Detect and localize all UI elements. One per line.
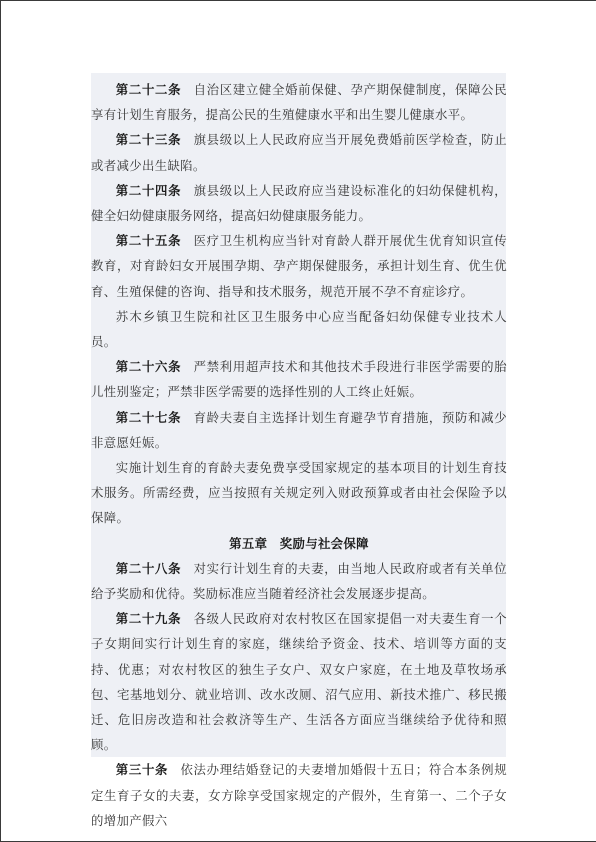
article-text: 各级人民政府对农村牧区在国家提倡一对夫妻生育一个子女期间实行计划生育的家庭，继续… bbox=[91, 611, 507, 752]
chapter-number: 第五章 bbox=[229, 536, 267, 551]
article-25: 第二十五条医疗卫生机构应当针对育龄人群开展优生优育知识宣传教育，对育龄妇女开展围… bbox=[91, 228, 507, 304]
article-30: 第三十条依法办理结婚登记的夫妻增加婚假十五日；符合本条例规定生育子女的夫妻，女方… bbox=[91, 757, 507, 833]
article-22: 第二十二条自治区建立健全婚前保健、孕产期保健制度，保障公民享有计划生育服务，提高… bbox=[91, 77, 507, 127]
article-label: 第二十七条 bbox=[116, 410, 181, 425]
paragraph: 苏木乡镇卫生院和社区卫生服务中心应当配备妇幼保健专业技术人员。 bbox=[91, 304, 507, 354]
chapter-title: 奖励与社会保障 bbox=[280, 536, 369, 551]
article-label: 第二十三条 bbox=[116, 132, 181, 147]
document-body: 第二十二条自治区建立健全婚前保健、孕产期保健制度，保障公民享有计划生育服务，提高… bbox=[91, 77, 507, 833]
chapter-heading: 第五章奖励与社会保障 bbox=[91, 531, 507, 556]
article-29: 第二十九条各级人民政府对农村牧区在国家提倡一对夫妻生育一个子女期间实行计划生育的… bbox=[91, 606, 507, 757]
article-28: 第二十八条对实行计划生育的夫妻，由当地人民政府或者有关单位给予奖励和优待。奖励标… bbox=[91, 556, 507, 606]
article-23: 第二十三条旗县级以上人民政府应当开展免费婚前医学检查，防止或者减少出生缺陷。 bbox=[91, 127, 507, 177]
article-label: 第二十四条 bbox=[116, 183, 181, 198]
article-24: 第二十四条旗县级以上人民政府应当建设标准化的妇幼保健机构，健全妇幼健康服务网络，… bbox=[91, 178, 507, 228]
article-label: 第二十二条 bbox=[116, 82, 181, 97]
document-page: 第二十二条自治区建立健全婚前保健、孕产期保健制度，保障公民享有计划生育服务，提高… bbox=[0, 0, 596, 842]
article-label: 第二十六条 bbox=[116, 359, 181, 374]
article-label: 第二十五条 bbox=[116, 233, 181, 248]
paragraph: 实施计划生育的育龄夫妻免费享受国家规定的基本项目的计划生育技术服务。所需经费，应… bbox=[91, 455, 507, 531]
article-26: 第二十六条严禁利用超声技术和其他技术手段进行非医学需要的胎儿性别鉴定；严禁非医学… bbox=[91, 354, 507, 404]
article-label: 第三十条 bbox=[116, 762, 168, 777]
article-27: 第二十七条育龄夫妻自主选择计划生育避孕节育措施，预防和减少非意愿妊娠。 bbox=[91, 405, 507, 455]
article-label: 第二十九条 bbox=[116, 611, 181, 626]
article-label: 第二十八条 bbox=[116, 561, 181, 576]
